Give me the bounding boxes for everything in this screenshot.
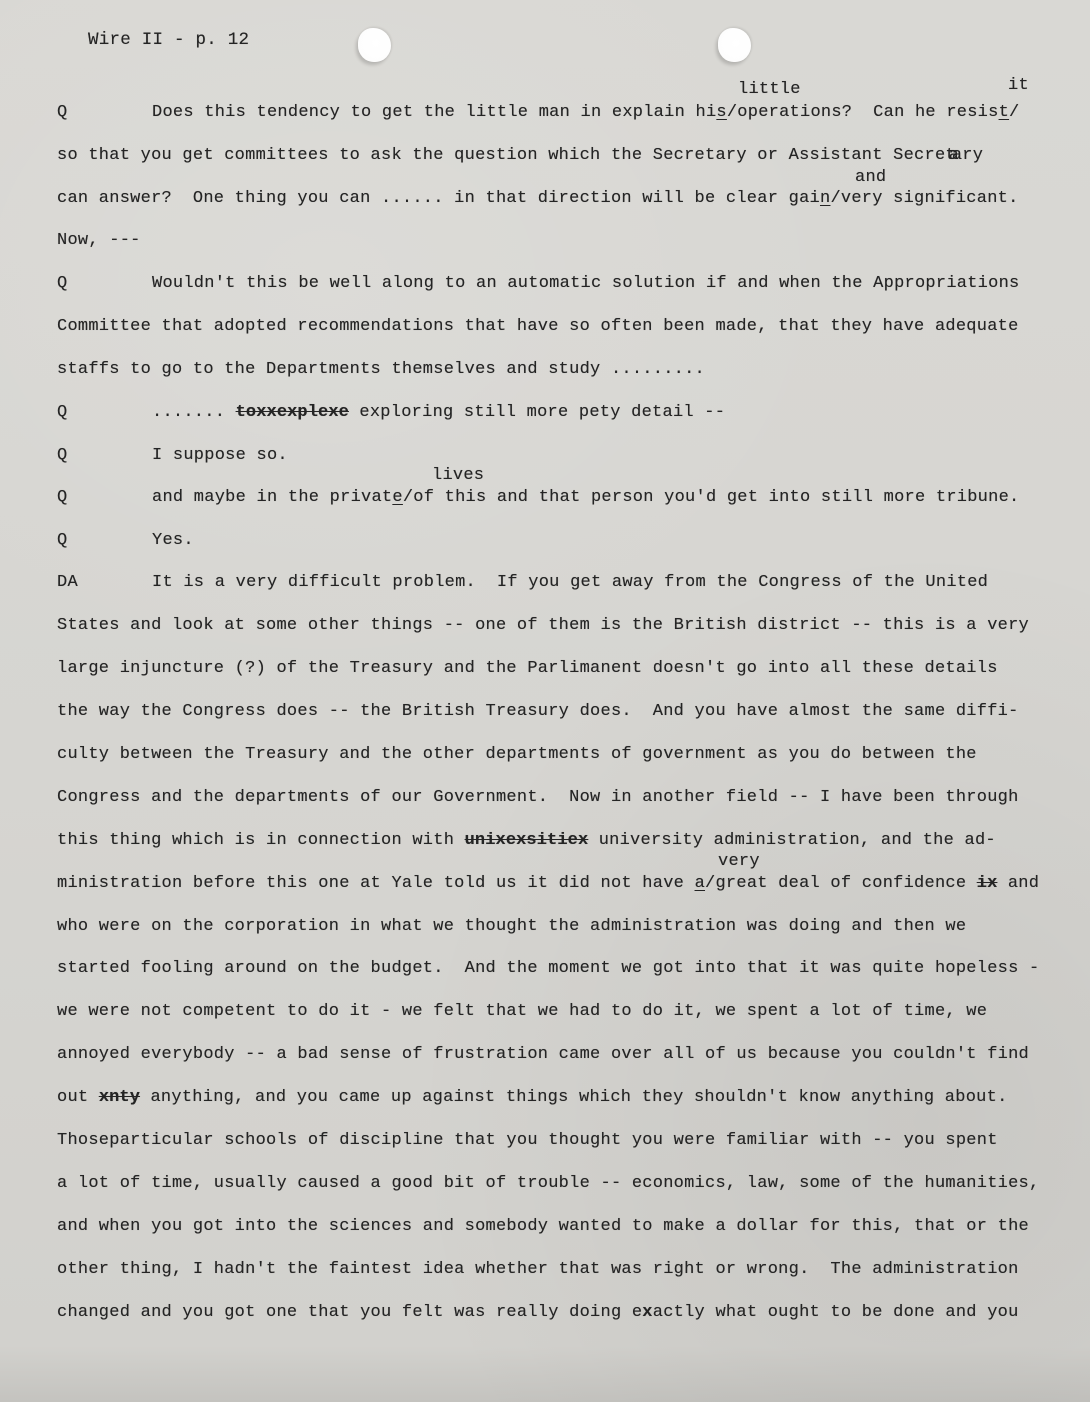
punch-hole (358, 28, 391, 62)
line-text: large injuncture (?) of the Treasury and… (57, 659, 998, 678)
speaker-label: Q (57, 531, 67, 550)
line-text: culty between the Treasury and the other… (57, 745, 977, 764)
typed-text-line: States and look at some other things -- … (0, 616, 1090, 639)
typed-text-line: who were on the corporation in what we t… (0, 917, 1090, 940)
line-text: ministration before this one at Yale tol… (57, 874, 1039, 893)
line-text: and (855, 168, 886, 187)
line-text: the way the Congress does -- the British… (57, 702, 1019, 721)
line-text: lives (432, 466, 484, 485)
typed-text-line: Committee that adopted recommendations t… (0, 317, 1090, 340)
typed-text-line: can answer? One thing you can ...... in … (0, 189, 1090, 212)
typed-text-line: changed and you got one that you felt wa… (0, 1303, 1090, 1326)
line-text: very (718, 852, 760, 871)
line-text: Wouldn't this be well along to an automa… (152, 274, 1020, 293)
typed-text-line: staffs to go to the Departments themselv… (0, 360, 1090, 383)
line-text: Committee that adopted recommendations t… (57, 317, 1019, 336)
typed-text-line: we were not competent to do it - we felt… (0, 1002, 1090, 1025)
line-text: started fooling around on the budget. An… (57, 959, 1039, 978)
line-text: Thoseparticular schools of discipline th… (57, 1131, 998, 1150)
typed-text-line: Qand maybe in the private/of this and th… (0, 488, 1090, 511)
typed-text-line: Congress and the departments of our Gove… (0, 788, 1090, 811)
line-text: this thing which is in connection with u… (57, 831, 996, 850)
typed-text-line: other thing, I hadn't the faintest idea … (0, 1260, 1090, 1283)
typed-text-line: this thing which is in connection with u… (0, 831, 1090, 854)
typed-text-line: DAIt is a very difficult problem. If you… (0, 573, 1090, 596)
line-text: Does this tendency to get the little man… (152, 103, 1020, 122)
typed-text-line: large injuncture (?) of the Treasury and… (0, 659, 1090, 682)
interlinear-insert-line: lives (0, 466, 1090, 489)
line-text: other thing, I hadn't the faintest idea … (57, 1260, 1019, 1279)
line-text: States and look at some other things -- … (57, 616, 1029, 635)
line-text: and maybe in the private/of this and tha… (152, 488, 1020, 507)
typed-text-line: so that you get committees to ask the qu… (0, 146, 1090, 169)
punch-hole (718, 28, 751, 62)
line-text: ....... toxxexplexe exploring still more… (152, 403, 725, 422)
line-text: we were not competent to do it - we felt… (57, 1002, 987, 1021)
line-text: It is a very difficult problem. If you g… (152, 573, 988, 592)
line-text: can answer? One thing you can ...... in … (57, 189, 1019, 208)
speaker-label: DA (57, 573, 78, 592)
line-text: Congress and the departments of our Gove… (57, 788, 1019, 807)
line-text: annoyed everybody -- a bad sense of frus… (57, 1045, 1029, 1064)
scanned-document-page: Wire II - p. 12 littleitQDoes this tende… (0, 0, 1090, 1402)
typed-text-line: a lot of time, usually caused a good bit… (0, 1174, 1090, 1197)
line-text: Yes. (152, 531, 194, 550)
typed-text-line: out xnty anything, and you came up again… (0, 1088, 1090, 1111)
line-text: so that you get committees to ask the qu… (57, 146, 983, 165)
line-text: who were on the corporation in what we t… (57, 917, 966, 936)
line-text: it (1008, 76, 1029, 95)
typed-text-line: Now, --- (0, 231, 1090, 254)
typed-text-line: Q....... toxxexplexe exploring still mor… (0, 403, 1090, 426)
typed-text-line: and when you got into the sciences and s… (0, 1217, 1090, 1240)
typed-text-line: QDoes this tendency to get the little ma… (0, 103, 1090, 126)
line-text: Now, --- (57, 231, 141, 250)
line-text: staffs to go to the Departments themselv… (57, 360, 705, 379)
interlinear-insert-line: it (0, 76, 1090, 99)
interlinear-insert-line: and (0, 168, 1090, 191)
speaker-label: Q (57, 488, 67, 507)
line-text: and when you got into the sciences and s… (57, 1217, 1029, 1236)
speaker-label: Q (57, 274, 67, 293)
speaker-label: Q (57, 403, 67, 422)
speaker-label: Q (57, 446, 67, 465)
line-text: I suppose so. (152, 446, 288, 465)
typed-text-line: QWouldn't this be well along to an autom… (0, 274, 1090, 297)
interlinear-insert-line: very (0, 852, 1090, 875)
line-text: a lot of time, usually caused a good bit… (57, 1174, 1039, 1193)
typed-text-line: the way the Congress does -- the British… (0, 702, 1090, 725)
speaker-label: Q (57, 103, 67, 122)
typed-text-line: culty between the Treasury and the other… (0, 745, 1090, 768)
line-text: changed and you got one that you felt wa… (57, 1303, 1019, 1322)
page-header: Wire II - p. 12 (88, 30, 249, 50)
typed-text-line: ministration before this one at Yale tol… (0, 874, 1090, 897)
line-text: out xnty anything, and you came up again… (57, 1088, 1008, 1107)
typed-text-line: started fooling around on the budget. An… (0, 959, 1090, 982)
typed-text-line: Thoseparticular schools of discipline th… (0, 1131, 1090, 1154)
typed-text-line: annoyed everybody -- a bad sense of frus… (0, 1045, 1090, 1068)
typed-text-line: QYes. (0, 531, 1090, 554)
